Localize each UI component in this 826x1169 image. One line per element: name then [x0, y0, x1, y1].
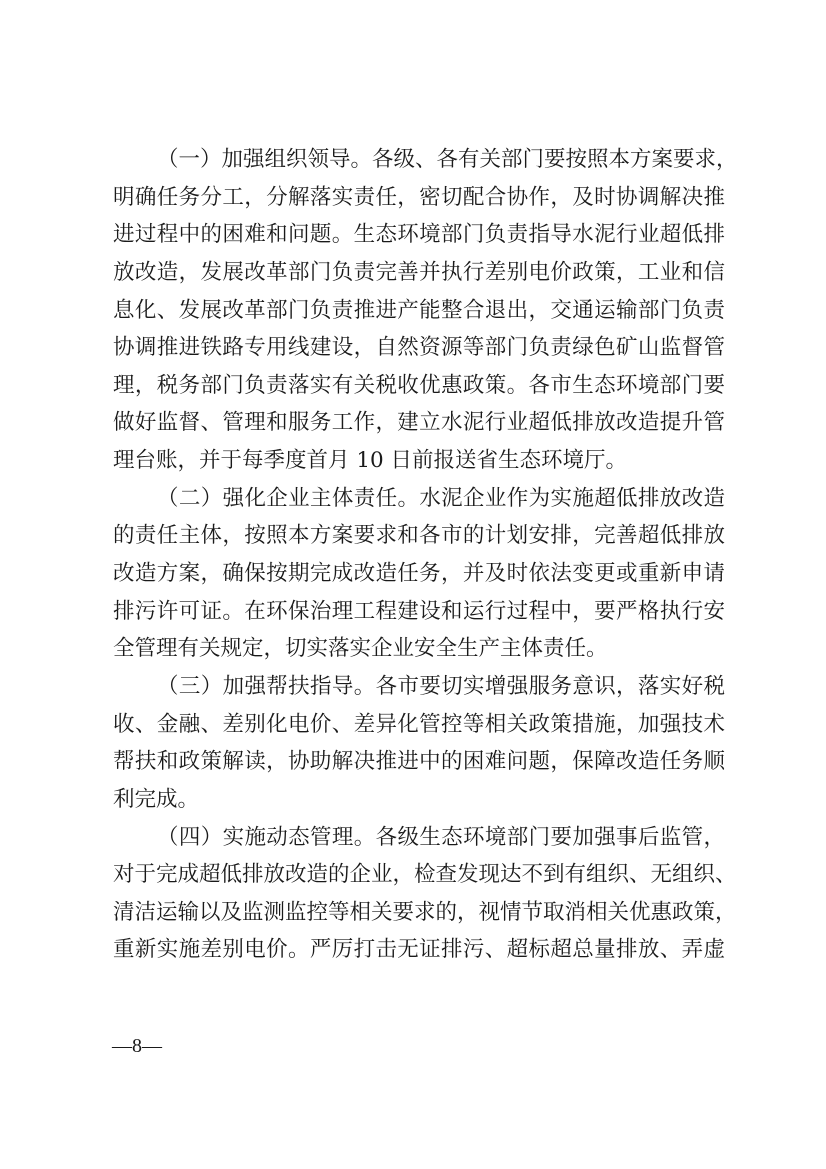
text-line: 收、金融、差别化电价、差异化管控等相关政策措施，加强技术 [113, 706, 725, 744]
text-line: （一）加强组织领导。各级、各有关部门要按照本方案要求， [113, 141, 725, 179]
text-line: 改造方案，确保按期完成改造任务，并及时依法变更或重新申请 [113, 555, 725, 593]
text-line: 做好监督、管理和服务工作，建立水泥行业超低排放改造提升管 [113, 404, 725, 442]
text-line: 帮扶和政策解读，协助解决推进中的困难问题，保障改造任务顺 [113, 743, 725, 781]
text-line: （三）加强帮扶指导。各市要切实增强服务意识，落实好税 [113, 668, 725, 706]
page-number: —8— [112, 1035, 162, 1058]
text-line: 利完成。 [113, 781, 725, 819]
text-line: 息化、发展改革部门负责推进产能整合退出，交通运输部门负责 [113, 292, 725, 330]
text-line: 理台账，并于每季度首月 10 日前报送省生态环境厅。 [113, 442, 725, 480]
text-line: 的责任主体，按照本方案要求和各市的计划安排，完善超低排放 [113, 517, 725, 555]
document-body: （一）加强组织领导。各级、各有关部门要按照本方案要求， 明确任务分工，分解落实责… [113, 141, 725, 969]
text-line: 清洁运输以及监测监控等相关要求的，视情节取消相关优惠政策， [113, 894, 725, 932]
text-line: 协调推进铁路专用线建设，自然资源等部门负责绿色矿山监督管 [113, 329, 725, 367]
paragraph-dynamic-management: （四）实施动态管理。各级生态环境部门要加强事后监管， 对于完成超低排放改造的企业… [113, 819, 725, 970]
paragraph-organization-leadership: （一）加强组织领导。各级、各有关部门要按照本方案要求， 明确任务分工，分解落实责… [113, 141, 725, 480]
text-line: 进过程中的困难和问题。生态环境部门负责指导水泥行业超低排 [113, 216, 725, 254]
text-line: 全管理有关规定，切实落实企业安全生产主体责任。 [113, 630, 725, 668]
paragraph-assistance-guidance: （三）加强帮扶指导。各市要切实增强服务意识，落实好税 收、金融、差别化电价、差异… [113, 668, 725, 819]
text-line: 排污许可证。在环保治理工程建设和运行过程中，要严格执行安 [113, 593, 725, 631]
text-line: 重新实施差别电价。严厉打击无证排污、超标超总量排放、弄虚 [113, 931, 725, 969]
text-line: 对于完成超低排放改造的企业，检查发现达不到有组织、无组织、 [113, 856, 725, 894]
text-line: 明确任务分工，分解落实责任，密切配合协作，及时协调解决推 [113, 179, 725, 217]
document-page: （一）加强组织领导。各级、各有关部门要按照本方案要求， 明确任务分工，分解落实责… [0, 0, 826, 1169]
text-line: （四）实施动态管理。各级生态环境部门要加强事后监管， [113, 819, 725, 857]
text-line: （二）强化企业主体责任。水泥企业作为实施超低排放改造 [113, 480, 725, 518]
paragraph-enterprise-responsibility: （二）强化企业主体责任。水泥企业作为实施超低排放改造 的责任主体，按照本方案要求… [113, 480, 725, 668]
text-line: 理，税务部门负责落实有关税收优惠政策。各市生态环境部门要 [113, 367, 725, 405]
text-line: 放改造，发展改革部门负责完善并执行差别电价政策，工业和信 [113, 254, 725, 292]
